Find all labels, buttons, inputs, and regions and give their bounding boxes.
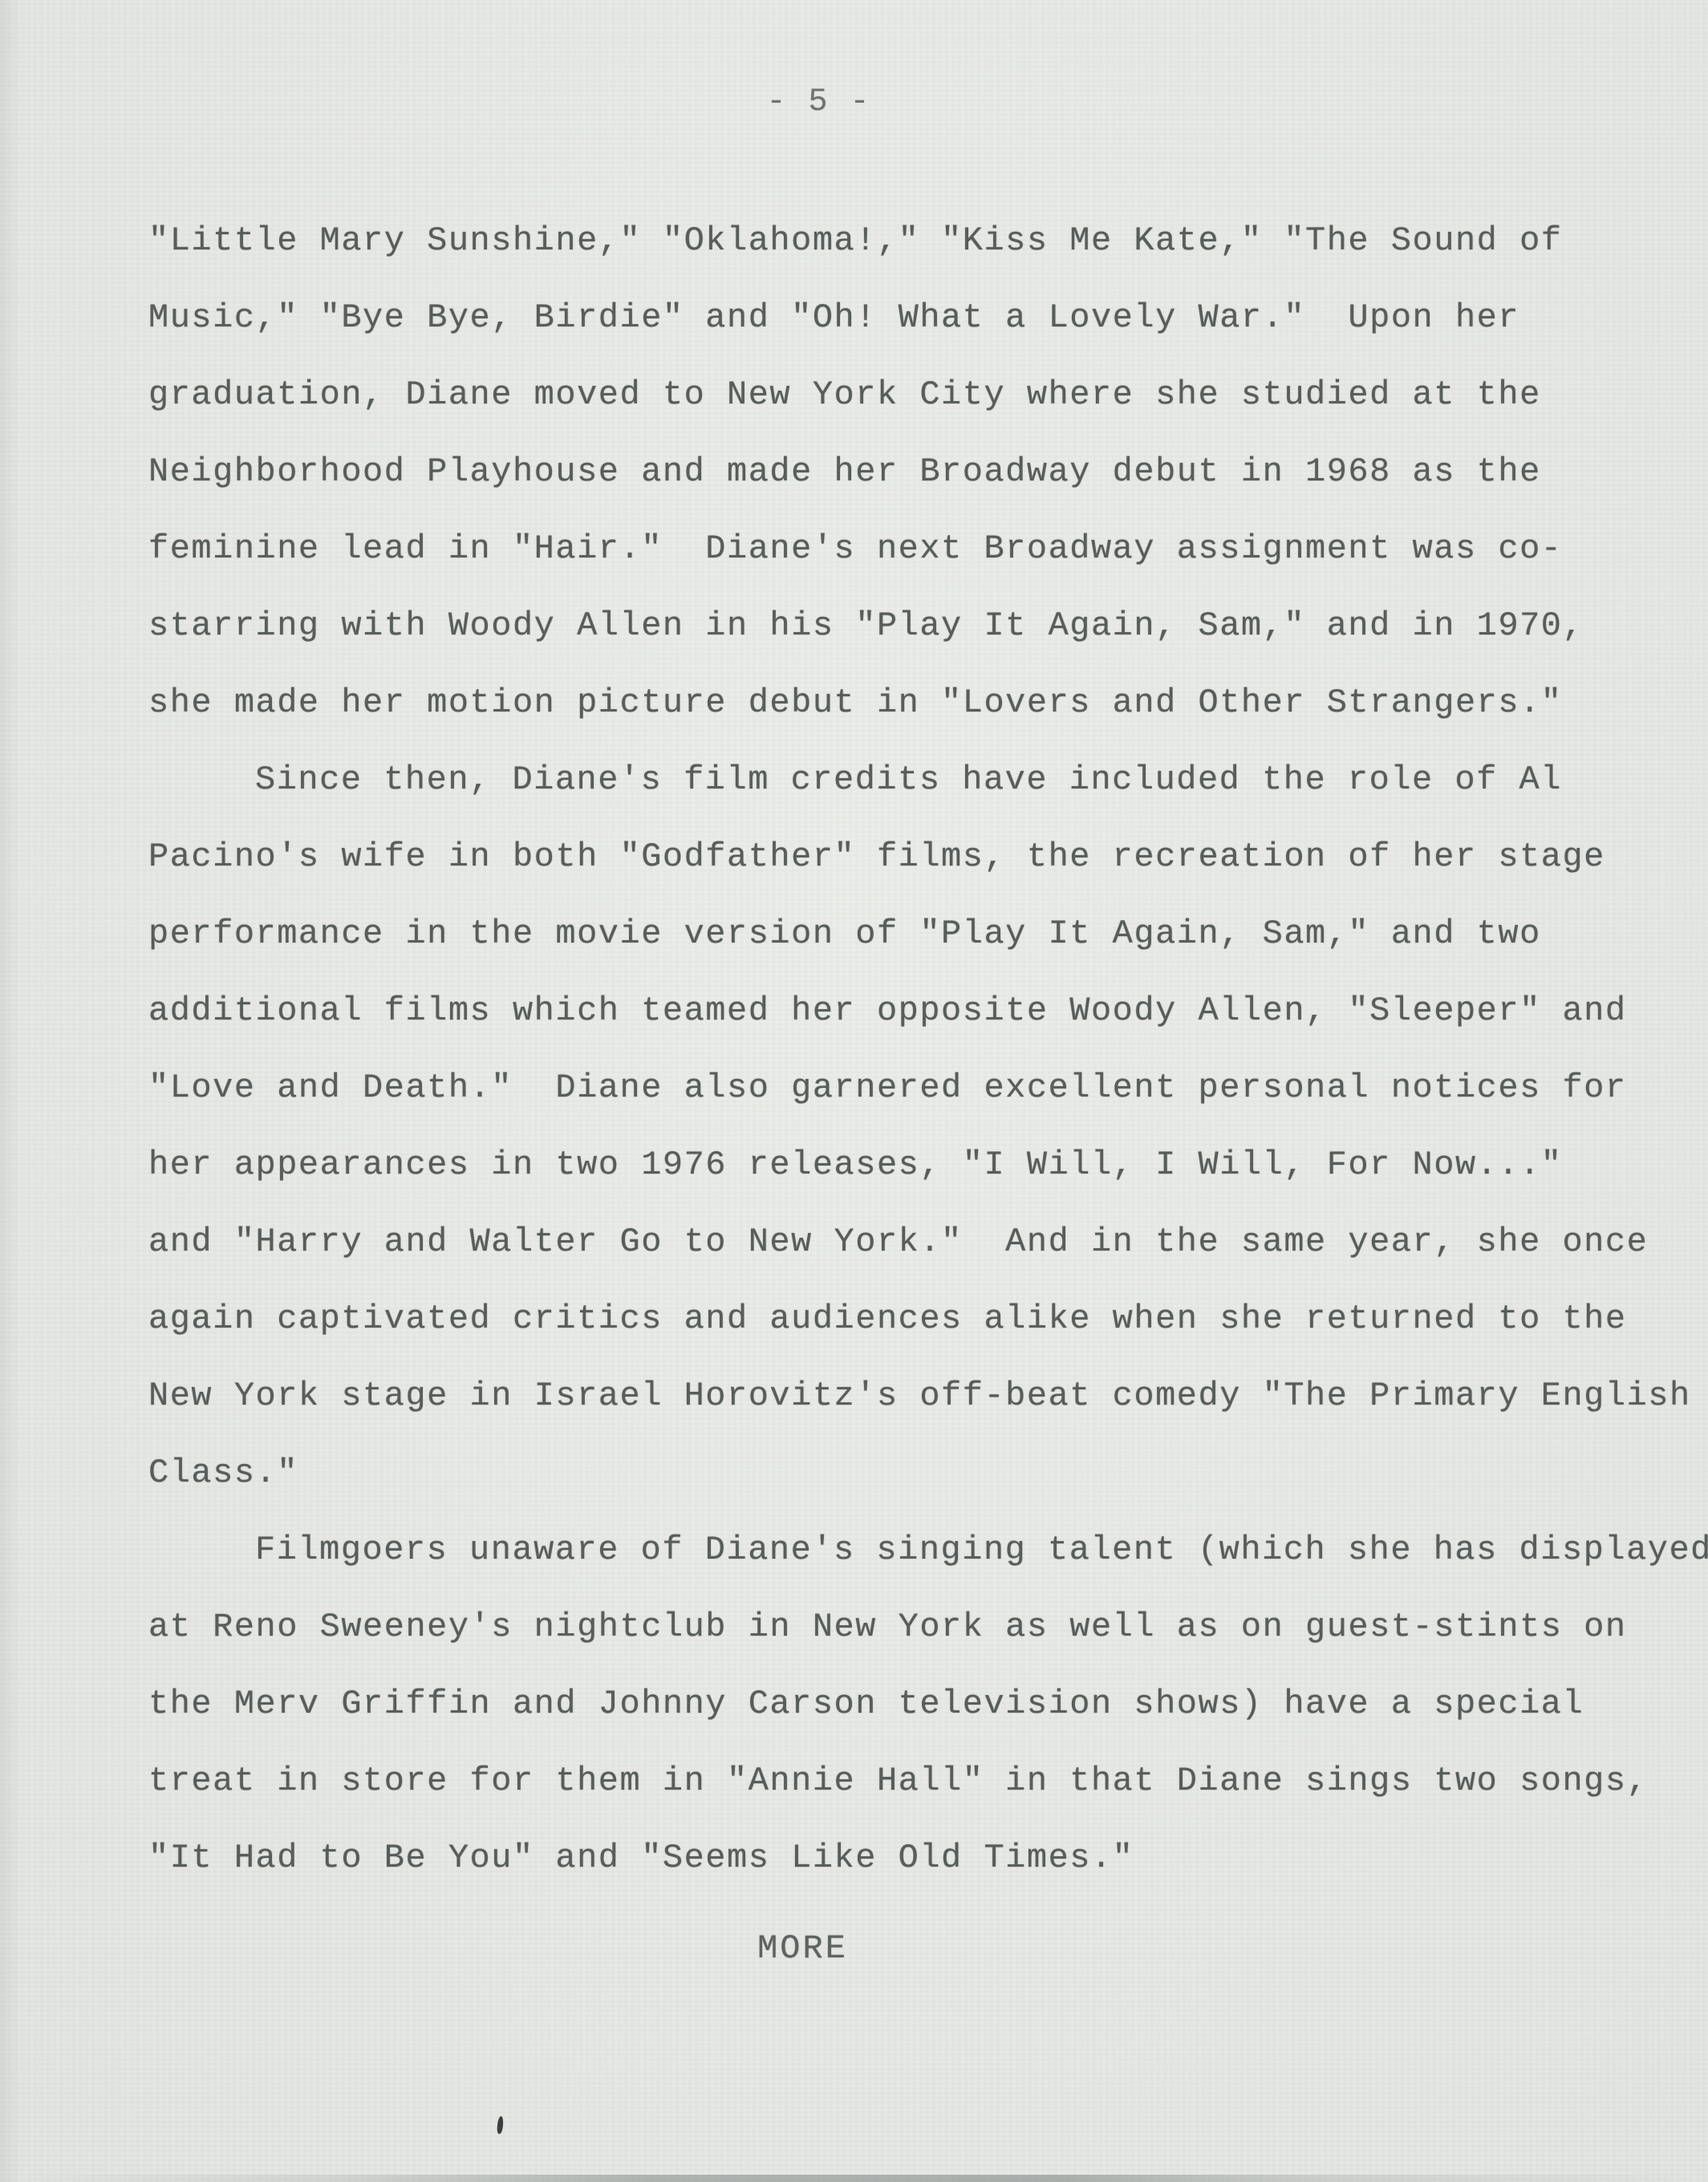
text-line: her appearances in two 1976 releases, "I… [148, 1126, 1673, 1203]
text-line: Pacino's wife in both "Godfather" films,… [148, 818, 1673, 895]
text-line: graduation, Diane moved to New York City… [148, 356, 1673, 433]
scanned-press-release-page: - 5 - "Little Mary Sunshine," "Oklahoma!… [0, 0, 1708, 2182]
text-line: Filmgoers unaware of Diane's singing tal… [148, 1511, 1673, 1588]
paragraph: Since then, Diane's film credits have in… [148, 741, 1673, 1511]
text-line: "It Had to Be You" and "Seems Like Old T… [148, 1819, 1673, 1896]
paragraph: Filmgoers unaware of Diane's singing tal… [148, 1511, 1673, 1896]
scan-edge-bottom-bar [0, 2175, 1708, 2182]
text-line: "Little Mary Sunshine," "Oklahoma!," "Ki… [148, 202, 1673, 279]
more-continuation-label: MORE [0, 1929, 1657, 1968]
text-line: performance in the movie version of "Pla… [148, 895, 1673, 972]
text-line: the Merv Griffin and Johnny Carson telev… [148, 1665, 1673, 1742]
text-line: starring with Woody Allen in his "Play I… [148, 587, 1673, 664]
paragraph: "Little Mary Sunshine," "Oklahoma!," "Ki… [148, 202, 1673, 741]
text-line: and "Harry and Walter Go to New York." A… [148, 1203, 1673, 1280]
text-line: again captivated critics and audiences a… [148, 1280, 1673, 1357]
text-line: Music," "Bye Bye, Birdie" and "Oh! What … [148, 279, 1673, 356]
text-line: feminine lead in "Hair." Diane's next Br… [148, 510, 1673, 587]
page-number: - 5 - [0, 84, 1673, 120]
text-line: Since then, Diane's film credits have in… [148, 741, 1673, 818]
text-line: Neighborhood Playhouse and made her Broa… [148, 433, 1673, 510]
text-line: New York stage in Israel Horovitz's off-… [148, 1357, 1673, 1434]
text-line: Class." [148, 1434, 1673, 1511]
text-line: "Love and Death." Diane also garnered ex… [148, 1049, 1673, 1126]
scan-edge-left-shading [0, 0, 21, 2182]
text-line: at Reno Sweeney's nightclub in New York … [148, 1588, 1673, 1665]
ink-speck [497, 2116, 504, 2135]
text-line: additional films which teamed her opposi… [148, 972, 1673, 1049]
text-line: treat in store for them in "Annie Hall" … [148, 1742, 1673, 1819]
text-line: she made her motion picture debut in "Lo… [148, 664, 1673, 741]
document-body: "Little Mary Sunshine," "Oklahoma!," "Ki… [148, 202, 1673, 1896]
